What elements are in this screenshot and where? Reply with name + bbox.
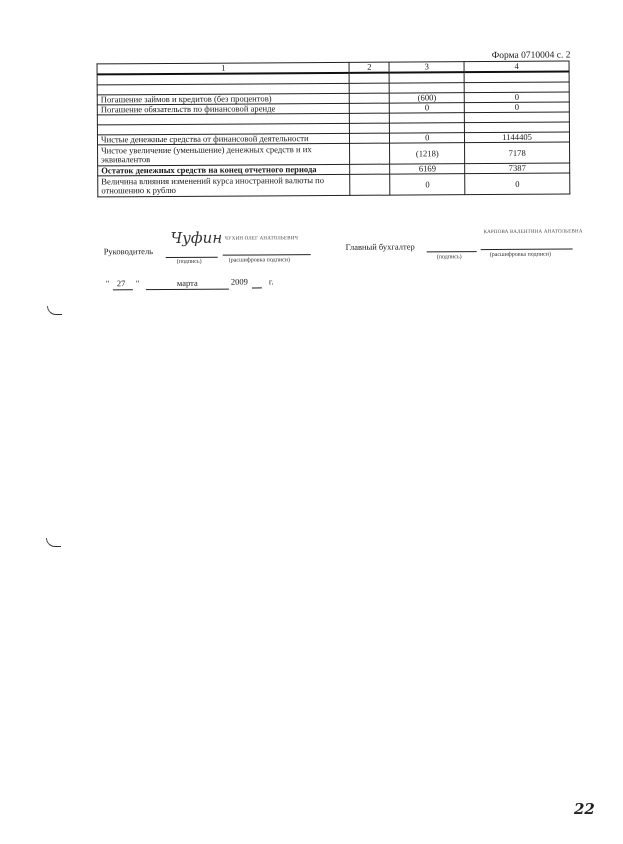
date-month: марта: [177, 278, 198, 288]
row-code: [350, 133, 390, 143]
row-code: [350, 123, 390, 133]
header-col-4: 4: [464, 61, 569, 72]
row-label: Величина влияния изменений курса иностра…: [98, 174, 351, 197]
date-suffix: г.: [269, 276, 274, 286]
chief-accountant-signature-caption: (подпись): [437, 254, 462, 260]
chief-accountant-signature-line: [427, 251, 477, 252]
date-day: 27: [117, 278, 126, 288]
chief-accountant-name: КАРПОВА ВАЛЕНТИНА АНАТОЛЬЕВНА: [484, 229, 583, 235]
form-code: Форма 0710004 с. 2: [492, 51, 571, 61]
head-name-caption: (расшифровка подписи): [229, 257, 290, 263]
chief-accountant-name-caption: (расшифровка подписи): [490, 252, 551, 258]
cash-flow-table: 1 2 3 4 Погашение займов и кредитов (без…: [97, 61, 571, 198]
date-year-line: [252, 287, 262, 288]
head-signature-line: [166, 257, 218, 258]
table-row: Чистое увеличение (уменьшение) денежных …: [98, 142, 570, 166]
head-signature-caption: (подпись): [177, 259, 202, 265]
row-current-value: 6169: [390, 164, 465, 174]
row-code: [349, 73, 389, 84]
chief-accountant-name-line: [481, 249, 573, 251]
row-code: [350, 83, 390, 93]
head-name-line: [223, 254, 311, 256]
row-previous-value: 1144405: [465, 132, 570, 143]
header-col-2: 2: [349, 62, 389, 73]
row-label: Чистое увеличение (уменьшение) денежных …: [98, 143, 351, 166]
row-previous-value: 0: [465, 173, 570, 195]
table-row: Величина влияния изменений курса иностра…: [98, 173, 570, 197]
row-code: [350, 143, 390, 164]
row-previous-value: 7387: [465, 163, 570, 174]
head-name: ЧУХИН ОЛЕГ АНАТОЛЬЕВИЧ: [225, 236, 299, 241]
head-signature: Чуфин: [171, 229, 223, 247]
date-year: 2009: [231, 277, 248, 287]
row-current-value: [389, 72, 464, 83]
row-current-value: [390, 113, 465, 123]
page-number-mark: 22: [574, 800, 595, 818]
row-current-value: 0: [390, 103, 465, 113]
date-open-quote: ": [106, 278, 110, 288]
date-month-line: [146, 289, 229, 291]
row-code: [350, 164, 390, 174]
row-previous-value: 7178: [465, 142, 570, 164]
row-current-value: (1218): [390, 143, 465, 164]
row-current-value: 0: [390, 133, 465, 143]
row-previous-value: [465, 112, 570, 123]
row-code: [350, 113, 390, 123]
head-label: Руководитель: [104, 246, 153, 256]
row-current-value: 0: [390, 174, 465, 195]
chief-accountant-label: Главный бухгалтер: [346, 241, 415, 251]
row-previous-value: [464, 72, 569, 83]
row-code: [350, 103, 390, 113]
header-col-3: 3: [389, 62, 464, 73]
date-day-line: [113, 289, 133, 290]
date-close-quote: ": [136, 278, 140, 288]
row-code: [350, 174, 390, 195]
row-previous-value: 0: [464, 102, 569, 113]
row-code: [350, 93, 390, 103]
document-page: Форма 0710004 с. 2 1 2 3 4 Погашение зай…: [0, 0, 623, 844]
